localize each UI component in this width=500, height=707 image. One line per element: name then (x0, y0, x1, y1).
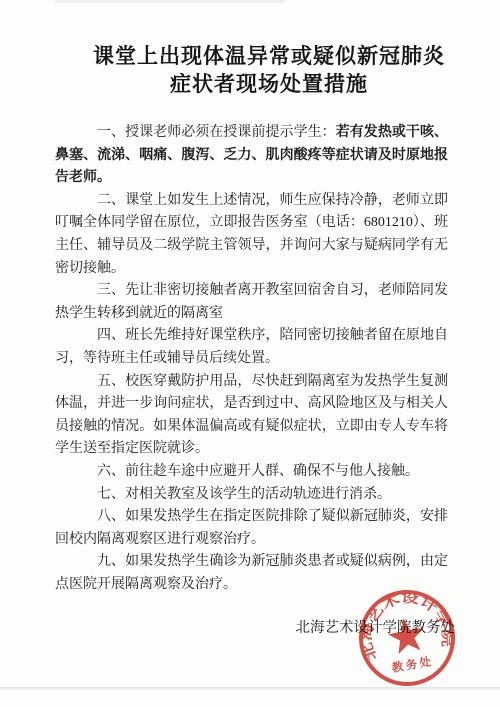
paragraph-5: 五、校医穿戴防护用品，尽快赶到隔离室为发热学生复测体温，并进一步询问症状，是否到… (55, 371, 448, 461)
paragraph-5-lead: 五、校医穿戴防护用品，尽快赶到隔离室为发热学生复测体温，并进一步询问症状，是否到… (55, 374, 448, 457)
paragraph-9-lead: 九、如果发热学生确诊为新冠肺炎患者或疑似病例，由定点医院开展隔离观察及治疗。 (55, 554, 448, 592)
seal-graphic: 北海艺术设计学院 教务处 (349, 580, 465, 696)
paragraph-6-lead: 六、前往趁车途中应避开人群、确保不与他人接触。 (97, 464, 419, 479)
paragraph-1: 一、授课老师必须在授课前提示学生：若有发热或干咳、鼻塞、流涕、咽痛、腹泻、乏力、… (55, 122, 448, 190)
paragraph-7: 七、对相关教室及该学生的活动轨迹进行消杀。 (55, 484, 448, 507)
document-page: 课堂上出现体温异常或疑似新冠肺炎 症状者现场处置措施 一、授课老师必须在授课前提… (0, 0, 500, 707)
signature-text: 北海艺术设计学院教务处 (296, 620, 456, 636)
paragraph-8: 八、如果发热学生在指定医院排除了疑似新冠肺炎，安排回校内隔离观察区进行观察治疗。 (55, 506, 448, 551)
paragraph-2-lead: 二、课堂上如发生上述情况，师生应保持冷静，老师立即叮嘱全体同学留在原位，立即报告… (55, 193, 448, 276)
paragraph-6: 六、前往趁车途中应避开人群、确保不与他人接触。 (55, 461, 448, 484)
paragraph-3: 三、先让非密切接触者离开教室回宿舍自习，老师陪同发热学生转移到就近的隔离室 (55, 280, 448, 325)
official-seal-stamp: 北海艺术设计学院 教务处 (349, 580, 465, 696)
scan-artifact-bottom-edge (0, 687, 500, 690)
paragraph-4-lead: 四、班长先维持好课堂秩序，陪同密切接触者留在原地自习，等待班主任或辅导员后续处置… (55, 328, 448, 366)
paragraph-2: 二、课堂上如发生上述情况，师生应保持冷静，老师立即叮嘱全体同学留在原位，立即报告… (55, 190, 448, 280)
signature: 北海艺术设计学院教务处 (0, 619, 455, 637)
paragraph-1-lead: 一、授课老师必须在授课前提示学生： (97, 125, 336, 140)
document-title: 课堂上出现体温异常或疑似新冠肺炎 症状者现场处置措施 (19, 42, 500, 98)
document-body: 一、授课老师必须在授课前提示学生：若有发热或干咳、鼻塞、流涕、咽痛、腹泻、乏力、… (55, 122, 448, 596)
seal-bottom-text: 教务处 (390, 654, 435, 675)
paragraph-4: 四、班长先维持好课堂秩序，陪同密切接触者留在原地自习，等待班主任或辅导员后续处置… (55, 325, 448, 370)
paragraph-8-lead: 八、如果发热学生在指定医院排除了疑似新冠肺炎，安排回校内隔离观察区进行观察治疗。 (55, 509, 448, 547)
title-line-2: 症状者现场处置措施 (170, 72, 368, 96)
paragraph-3-lead: 三、先让非密切接触者离开教室回宿舍自习，老师陪同发热学生转移到就近的隔离室 (55, 283, 448, 321)
paragraph-9: 九、如果发热学生确诊为新冠肺炎患者或疑似病例，由定点医院开展隔离观察及治疗。 (55, 551, 448, 596)
paragraph-7-lead: 七、对相关教室及该学生的活动轨迹进行消杀。 (97, 487, 391, 502)
seal-circle (354, 585, 461, 692)
title-line-1: 课堂上出现体温异常或疑似新冠肺炎 (93, 44, 445, 68)
scan-artifact-top (55, 0, 285, 3)
